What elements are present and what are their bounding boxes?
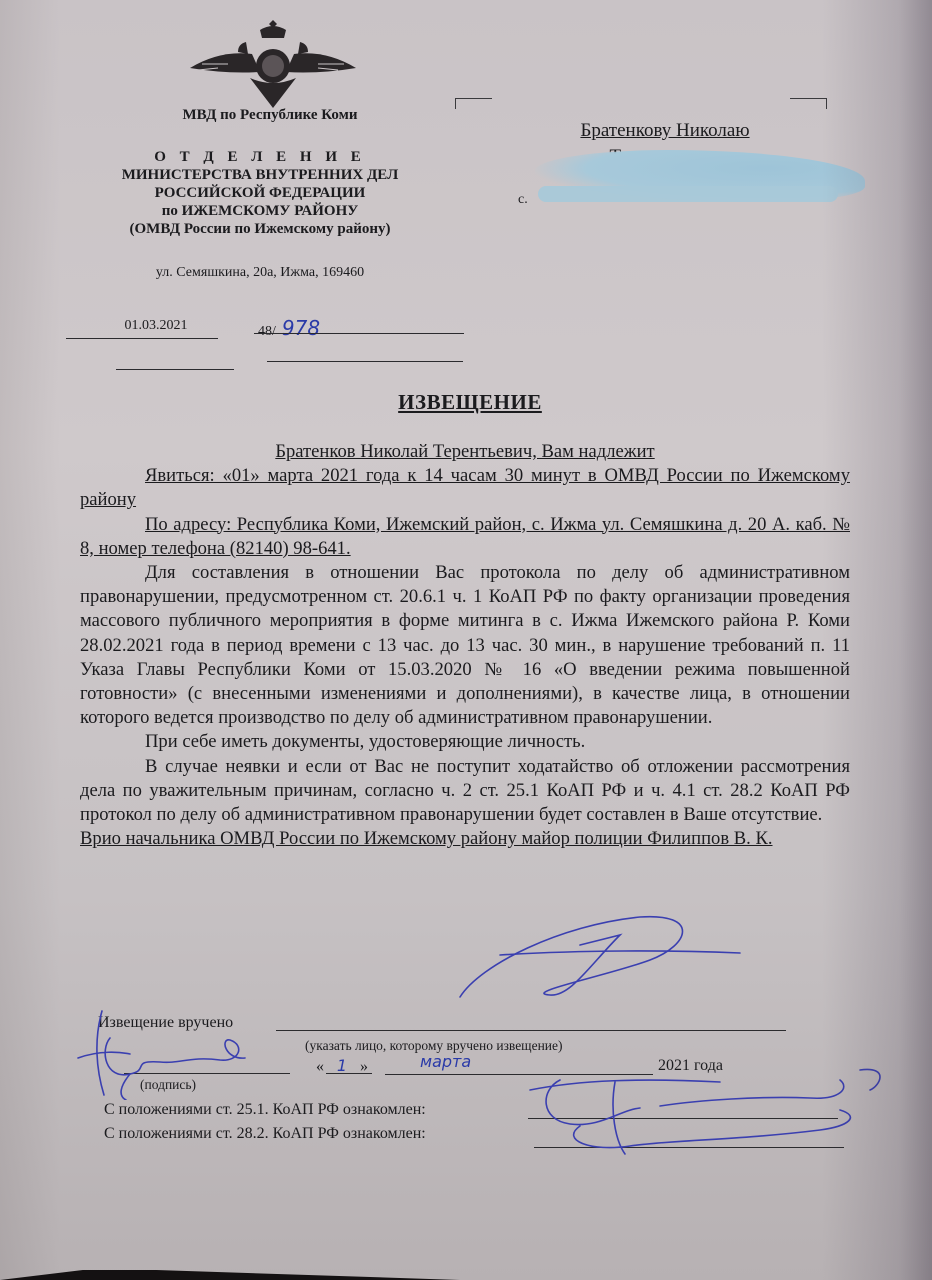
number-underline — [254, 333, 464, 334]
month-handwritten: марта — [420, 1052, 471, 1072]
document-title: ИЗВЕЩЕНИЕ — [330, 390, 610, 415]
corner-mark-right — [790, 98, 827, 109]
paper-shadow-left — [0, 0, 60, 1280]
documents-paragraph: При себе иметь документы, удостоверяющие… — [80, 730, 850, 754]
ack-article-25-1: С положениями ст. 25.1. КоАП РФ ознакомл… — [104, 1100, 426, 1120]
document-body: Братенков Николай Терентьевич, Вам надле… — [80, 440, 850, 851]
department-block: О Т Д Е Л Е Н И Е МИНИСТЕРСТВА ВНУТРЕННИ… — [90, 148, 430, 238]
month-field[interactable] — [385, 1074, 653, 1075]
ministry-name: МВД по Республике Коми — [120, 106, 420, 124]
official-signature-icon — [440, 905, 760, 1005]
registration-number-prefix: 48/ — [258, 324, 276, 339]
signatory: Врио начальника ОМВД России по Ижемскому… — [80, 827, 850, 851]
recipient-address-prefix: с. — [518, 192, 528, 208]
blank-line — [116, 369, 234, 370]
blank-line — [267, 361, 463, 362]
purpose-paragraph: Для составления в отношении Вас протокол… — [80, 561, 850, 730]
department-line: РОССИЙСКОЙ ФЕДЕРАЦИИ — [90, 184, 430, 202]
delivered-label: Извещение вручено — [98, 1013, 233, 1033]
day-open-quote: « — [316, 1058, 324, 1075]
document-date: 01.03.2021 — [96, 318, 216, 334]
registration-number: 48/978 — [258, 316, 320, 340]
registration-number-handwritten: 978 — [282, 316, 320, 340]
department-line: (ОМВД России по Ижемскому району) — [90, 220, 430, 238]
mvd-emblem-icon — [188, 18, 358, 110]
ack-28-2-signature-field[interactable] — [534, 1147, 844, 1148]
department-address: ул. Семяшкина, 20а, Ижма, 169460 — [100, 264, 420, 282]
redaction-mark — [538, 186, 838, 202]
appear-instruction: Явиться: «01» марта 2021 года к 14 часам… — [80, 464, 850, 512]
day-field[interactable] — [326, 1073, 372, 1074]
ack-25-1-signature-field[interactable] — [528, 1118, 838, 1119]
department-line: по ИЖЕМСКОМУ РАЙОНУ — [90, 202, 430, 220]
year-text: 2021 года — [658, 1056, 723, 1076]
absence-paragraph: В случае неявки и если от Вас не поступи… — [80, 755, 850, 828]
appear-address: По адресу: Республика Коми, Ижемский рай… — [80, 513, 850, 561]
ack-article-28-2: С положениями ст. 28.2. КоАП РФ ознакомл… — [104, 1124, 426, 1144]
date-underline — [66, 338, 218, 339]
corner-mark-left — [455, 98, 492, 109]
recipient-line: Братенкову Николаю — [580, 120, 749, 141]
delivered-to-field[interactable] — [276, 1030, 786, 1031]
signature-label: (подпись) — [140, 1075, 196, 1095]
background-surface — [0, 1270, 460, 1280]
recipient-signature-field[interactable] — [124, 1073, 290, 1074]
department-line: МИНИСТЕРСТВА ВНУТРЕННИХ ДЕЛ — [90, 166, 430, 184]
department-line: О Т Д Е Л Е Н И Е — [90, 148, 430, 166]
addressee-line: Братенков Николай Терентьевич, Вам надле… — [80, 440, 850, 464]
